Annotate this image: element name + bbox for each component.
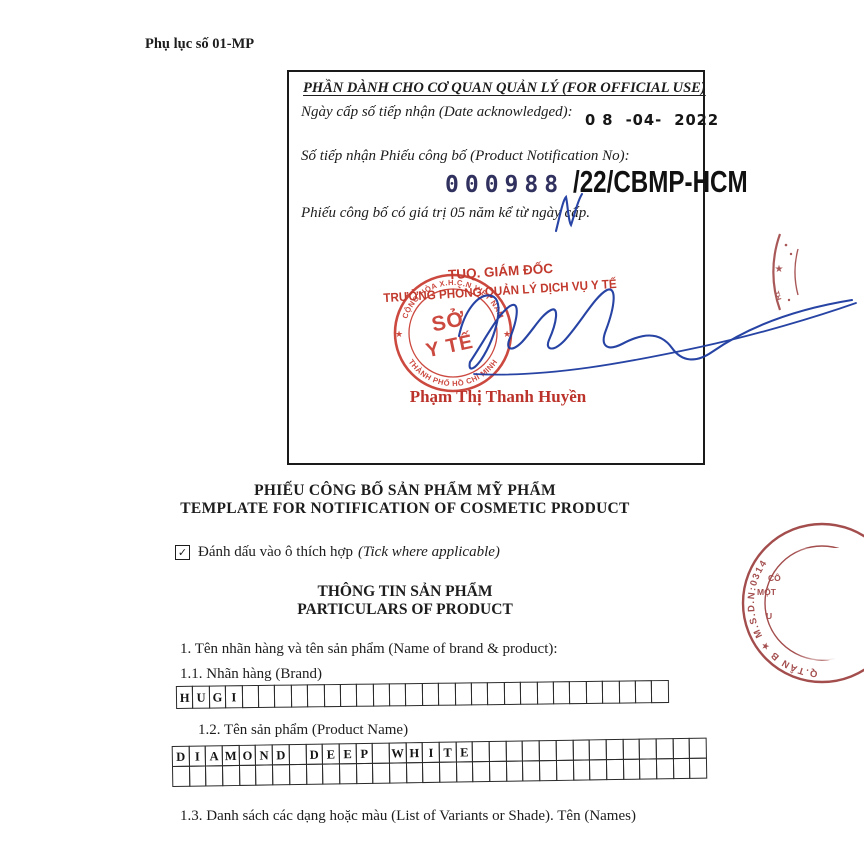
char-cell [472,741,490,762]
char-cell [536,681,554,704]
char-cell: H [405,742,423,763]
char-cell [372,743,390,764]
doc-title-en: TEMPLATE FOR NOTIFICATION OF COSMETIC PR… [0,500,810,518]
char-cell [373,683,391,706]
char-cell [639,758,657,779]
char-cell [689,738,707,759]
char-cell [356,684,374,707]
char-cell [258,685,276,708]
tick-note-vi: Đánh dấu vào ô thích hợp [198,544,353,561]
char-cell: U [192,686,210,709]
field-label-item1-1: 1.1. Nhãn hàng (Brand) [180,666,322,683]
tick-note: ✓ Đánh dấu vào ô thích hợp (Tick where a… [175,544,500,561]
char-cell [651,680,669,703]
char-cell: H [176,686,194,709]
char-cell [288,744,306,765]
char-cell: E [322,743,340,764]
char-cell: D [172,746,190,767]
field-label-item1-2: 1.2. Tên sản phẩm (Product Name) [198,722,408,739]
char-cell [522,760,540,781]
char-cell [539,760,557,781]
char-cell [322,763,340,784]
char-cell [504,682,522,705]
char-cell [622,759,640,780]
char-cell [405,683,423,706]
doc-title-vi: PHIẾU CÔNG BỐ SẢN PHẨM MỸ PHẨM [0,482,810,500]
char-cell: G [209,685,227,708]
char-cell [606,759,624,780]
char-cell [618,680,636,703]
char-cell [372,763,390,784]
char-cell [622,739,640,760]
char-cell [406,762,424,783]
char-cell: I [225,685,243,708]
char-cell [454,682,472,705]
char-cell [556,760,574,781]
checkbox-checked-icon: ✓ [175,545,190,560]
char-cell [505,740,523,761]
approver-name: Phạm Thị Thanh Huyền [407,387,589,407]
brand-grid: HUGI [176,680,669,709]
char-cell [307,684,325,707]
date-stamp: 0 8 -04- 2022 [585,111,719,129]
appendix-label: Phụ lục số 01-MP [145,36,254,53]
char-cell [239,765,257,786]
char-cell [520,682,538,705]
notification-number-row: 000988 /22/CBMP-HCM [445,164,797,200]
char-cell [389,762,407,783]
notification-code: /22/CBMP-HCM [573,164,748,200]
char-cell [506,760,524,781]
char-cell [656,738,674,759]
char-cell [471,682,489,705]
field-label-item1-3: 1.3. Danh sách các dạng hoặc màu (List o… [180,808,636,825]
char-cell [553,681,571,704]
date-acknowledged-label: Ngày cấp số tiếp nhận (Date acknowledged… [301,104,573,121]
char-cell [672,738,690,759]
section-title-vi: THÔNG TIN SẢN PHẨM [0,583,810,601]
char-cell [555,740,573,761]
char-cell [689,758,707,779]
char-cell: D [272,744,290,765]
char-cell: A [205,745,223,766]
char-cell [586,681,604,704]
char-cell: E [339,743,357,764]
char-cell [635,680,653,703]
product-name-grid: DIAMONDDEEPWHITE [172,738,708,787]
char-cell [389,683,407,706]
char-cell [422,683,440,706]
char-cell [673,758,691,779]
upper-stamp-star-icon: ★ [775,264,784,275]
char-cell [489,741,507,762]
char-cell: M [222,745,240,766]
char-cell [456,761,474,782]
char-cell [572,759,590,780]
char-cell: N [255,744,273,765]
tick-note-en: (Tick where applicable) [358,544,500,561]
char-cell: T [439,742,457,763]
char-cell [289,764,307,785]
char-cell [572,739,590,760]
notification-no-label: Số tiếp nhận Phiếu công bố (Product Noti… [301,148,630,165]
char-cell [274,685,292,708]
char-cell [222,765,240,786]
char-cell [205,765,223,786]
char-cell [323,684,341,707]
char-cell [438,683,456,706]
char-cell [340,684,358,707]
char-cell [172,766,190,787]
section-title-en: PARTICULARS OF PRODUCT [0,601,810,619]
char-cell: E [455,741,473,762]
char-cell [487,682,505,705]
field-label-item1: 1. Tên nhãn hàng và tên sản phẩm (Name o… [180,641,558,658]
char-cell: O [238,745,256,766]
char-cell [339,763,357,784]
char-cell: D [305,744,323,765]
char-cell [422,762,440,783]
char-cell [522,740,540,761]
char-cell [291,684,309,707]
char-cell [605,739,623,760]
check-glyph: ✓ [178,546,187,559]
char-cell [602,681,620,704]
char-cell [255,764,273,785]
char-cell [539,740,557,761]
char-cell [189,765,207,786]
char-cell: W [389,742,407,763]
char-cell [489,761,507,782]
char-cell: P [355,743,373,764]
char-cell [439,762,457,783]
notification-number: 000988 [445,172,564,198]
char-cell [272,764,290,785]
char-cell [639,738,657,759]
char-cell [569,681,587,704]
char-cell: I [188,745,206,766]
grid-row: HUGI [176,680,669,709]
company-seal-inner-line1: CÔ [768,572,781,583]
char-cell [589,759,607,780]
char-cell [356,763,374,784]
upper-stamp-glyphs: TH [772,290,782,301]
char-cell [305,764,323,785]
char-cell: I [422,742,440,763]
char-cell [241,685,259,708]
char-cell [472,761,490,782]
char-cell [656,758,674,779]
upper-edge-stamp-fragment: ★ TH [772,234,798,310]
official-use-header: PHẦN DÀNH CHO CƠ QUAN QUẢN LÝ (FOR OFFIC… [303,80,706,97]
validity-note: Phiếu công bố có giá trị 05 năm kể từ ng… [301,205,590,222]
char-cell [589,739,607,760]
scanned-document-page: Phụ lục số 01-MP CỘNG HÒA X.H.C.N VIỆT N… [0,0,864,864]
